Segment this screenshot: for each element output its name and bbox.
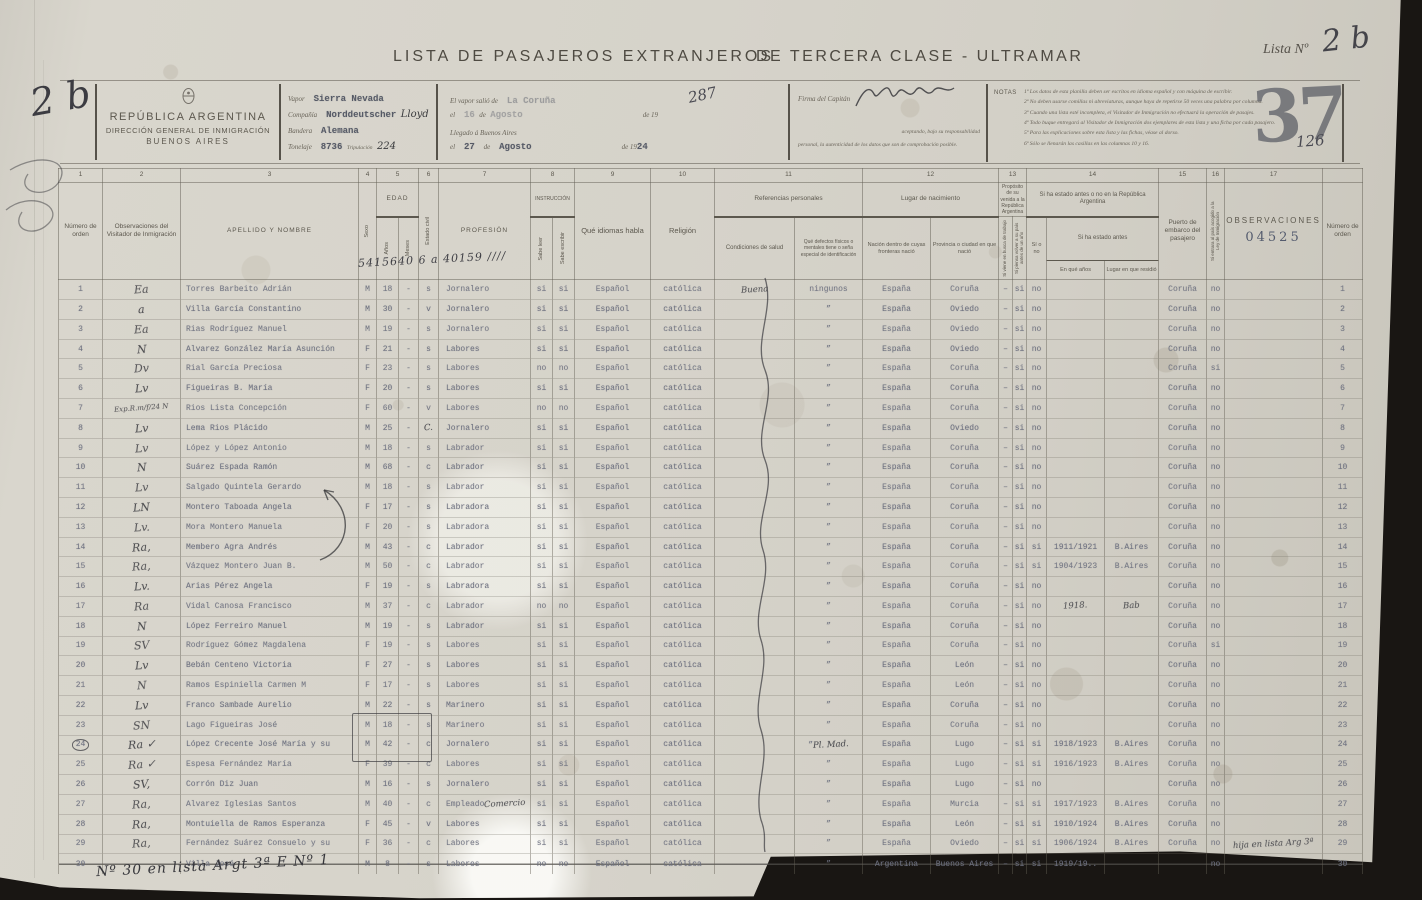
- cell-birth-province: Coruña: [931, 280, 999, 300]
- cell-religion: católica: [651, 854, 715, 874]
- cell-defects: ”: [795, 478, 863, 498]
- cell-entry-flag: no: [1207, 656, 1225, 676]
- cell-been-before: no: [1027, 775, 1047, 795]
- cell-embark-port: Coruña: [1159, 379, 1207, 399]
- cell-age-years: 25: [377, 418, 399, 438]
- cell-defects: ”: [795, 577, 863, 597]
- cell-writes: si: [553, 715, 575, 735]
- cell-purpose-a: –: [999, 854, 1013, 874]
- cell-place-resided: [1105, 577, 1159, 597]
- cell-purpose-b: si: [1013, 814, 1027, 834]
- col-num: 2: [103, 169, 181, 183]
- header-birth-province: Provincia o ciudad en que nació: [931, 217, 999, 280]
- cell-embark-port: Coruña: [1159, 280, 1207, 300]
- cell-purpose-a: –: [999, 517, 1013, 537]
- cell-defects: ”: [795, 359, 863, 379]
- cell-writes: si: [553, 636, 575, 656]
- col-num: 9: [575, 169, 651, 183]
- cell-order-number-right: 14: [1323, 537, 1363, 557]
- cell-writes: si: [553, 438, 575, 458]
- captain-box: Firma del Capitán aceptando, bajo su res…: [788, 84, 984, 160]
- cell-purpose-b: si: [1013, 379, 1027, 399]
- cell-observations: [1225, 636, 1323, 656]
- cell-embark-port: Coruña: [1159, 498, 1207, 518]
- cell-years-before: [1047, 418, 1105, 438]
- cell-marital-status: c: [419, 597, 439, 617]
- cell-marital-status: c: [419, 557, 439, 577]
- cell-been-before: si: [1027, 854, 1047, 874]
- cell-years-before: [1047, 300, 1105, 320]
- cell-age-months: -: [399, 854, 419, 874]
- cell-been-before: no: [1027, 379, 1047, 399]
- cell-reads: si: [531, 537, 553, 557]
- cell-birth-province: Coruña: [931, 537, 999, 557]
- cell-years-before: 1910/1924: [1047, 814, 1105, 834]
- cell-place-resided: Bab: [1105, 597, 1159, 617]
- cell-embark-port: Coruña: [1159, 755, 1207, 775]
- passenger-table: 1 2 3 4 5 6 7 8 9 10 11 12 13 14 15 16 1…: [58, 168, 1363, 874]
- cell-reads: si: [531, 695, 553, 715]
- observations-stamp: 04525: [1226, 230, 1321, 246]
- cell-profession: Labores: [439, 676, 531, 696]
- cell-been-before: si: [1027, 537, 1047, 557]
- cell-purpose-a: –: [999, 418, 1013, 438]
- cell-religion: católica: [651, 537, 715, 557]
- cell-religion: católica: [651, 339, 715, 359]
- cell-health-condition: [715, 557, 795, 577]
- cell-order-number-right: 15: [1323, 557, 1363, 577]
- cell-entry-flag: no: [1207, 854, 1225, 874]
- cell-marital-status: s: [419, 359, 439, 379]
- cell-purpose-a: –: [999, 280, 1013, 300]
- cell-profession: Labores: [439, 379, 531, 399]
- handwritten-note: N: [136, 619, 147, 633]
- cell-entry-flag: no: [1207, 695, 1225, 715]
- cell-purpose-b: si: [1013, 458, 1027, 478]
- header-order-number: Número de orden: [59, 183, 103, 280]
- cell-years-before: [1047, 280, 1105, 300]
- cell-age-years: 20: [377, 379, 399, 399]
- cell-defects: ”: [795, 379, 863, 399]
- cell-reads: si: [531, 478, 553, 498]
- cell-embark-port: Coruña: [1159, 438, 1207, 458]
- cell-order-number: 16: [59, 577, 103, 597]
- cell-birth-nation: España: [863, 319, 931, 339]
- cell-purpose-b: si: [1013, 577, 1027, 597]
- cell-place-resided: [1105, 319, 1159, 339]
- tripulacion-label: Tripulación: [347, 145, 373, 151]
- cell-health-condition: [715, 636, 795, 656]
- cell-order-number: 15: [59, 557, 103, 577]
- cell-language: Español: [575, 339, 651, 359]
- cell-language: Español: [575, 854, 651, 874]
- cell-order-number-right: 16: [1323, 577, 1363, 597]
- cell-entry-flag: no: [1207, 676, 1225, 696]
- header-languages: Qué idiomas habla: [575, 183, 651, 280]
- cell-religion: católica: [651, 715, 715, 735]
- cell-birth-nation: España: [863, 399, 931, 419]
- cell-purpose-a: –: [999, 359, 1013, 379]
- cell-sex: M: [359, 478, 377, 498]
- header-age-months: Meses: [399, 217, 419, 280]
- passenger-row: 6LvFigueiras B. MaríaF20-sLaboressisiEsp…: [59, 379, 1363, 399]
- cell-language: Español: [575, 636, 651, 656]
- cell-place-resided: [1105, 359, 1159, 379]
- cell-entry-flag: no: [1207, 735, 1225, 755]
- cell-passenger-name: Montero Taboada Angela: [181, 498, 359, 518]
- cell-age-years: 19: [377, 577, 399, 597]
- cell-years-before: 1918.: [1047, 597, 1105, 617]
- cell-order-number: 8: [59, 418, 103, 438]
- cell-embark-port: Coruña: [1159, 775, 1207, 795]
- cell-order-number-right: 1: [1323, 280, 1363, 300]
- cell-order-number-right: 8: [1323, 418, 1363, 438]
- cell-sex: M: [359, 280, 377, 300]
- cell-birth-province: Coruña: [931, 636, 999, 656]
- cell-purpose-a: –: [999, 735, 1013, 755]
- cell-purpose-b: si: [1013, 339, 1027, 359]
- cell-language: Español: [575, 695, 651, 715]
- cell-purpose-b: si: [1013, 399, 1027, 419]
- cell-health-condition: [715, 656, 795, 676]
- cell-birth-province: León: [931, 814, 999, 834]
- cell-place-resided: [1105, 854, 1159, 874]
- cell-birth-province: Oviedo: [931, 418, 999, 438]
- cell-observations: [1225, 597, 1323, 617]
- cell-years-before: [1047, 478, 1105, 498]
- cell-birth-nation: España: [863, 478, 931, 498]
- cell-sex: M: [359, 794, 377, 814]
- cell-order-number-right: 20: [1323, 656, 1363, 676]
- handwritten-note: hija en lista Arg 3ª: [1233, 837, 1314, 851]
- passenger-row: 11LvSalgado Quintela GerardoM18-sLabrado…: [59, 478, 1363, 498]
- header-order-number-right: Número de orden: [1323, 183, 1363, 280]
- cell-observations: [1225, 577, 1323, 597]
- vapor-label: Vapor: [288, 95, 305, 103]
- cell-marital-status: s: [419, 280, 439, 300]
- cell-marital-status: c: [419, 458, 439, 478]
- cell-religion: católica: [651, 814, 715, 834]
- cell-health-condition: [715, 517, 795, 537]
- cell-defects: ”: [795, 794, 863, 814]
- cell-order-number-right: 3: [1323, 319, 1363, 339]
- cell-health-condition: [715, 339, 795, 359]
- cell-place-resided: B.Aires: [1105, 557, 1159, 577]
- cell-profession: Labores: [439, 755, 531, 775]
- cell-religion: católica: [651, 577, 715, 597]
- cell-purpose-a: –: [999, 636, 1013, 656]
- cell-order-number-right: 22: [1323, 695, 1363, 715]
- cell-religion: católica: [651, 478, 715, 498]
- cell-writes: no: [553, 399, 575, 419]
- de19-label: de 19: [643, 111, 658, 119]
- cell-been-before: no: [1027, 418, 1047, 438]
- cell-age-years: 8: [377, 854, 399, 874]
- cell-passenger-name: Arias Pérez Angela: [181, 577, 359, 597]
- cell-order-number-right: 17: [1323, 597, 1363, 617]
- cell-age-months: -: [399, 498, 419, 518]
- cell-health-condition: [715, 715, 795, 735]
- cell-purpose-a: –: [999, 478, 1013, 498]
- cell-marital-status: s: [419, 854, 439, 874]
- cell-sex: M: [359, 300, 377, 320]
- cell-age-years: 19: [377, 636, 399, 656]
- cell-language: Español: [575, 656, 651, 676]
- cell-entry-flag: no: [1207, 280, 1225, 300]
- cell-order-number-right: 12: [1323, 498, 1363, 518]
- cell-visitor-observation: Lv.: [103, 577, 181, 597]
- cell-visitor-observation: Exp.R.m/f/24 N: [103, 399, 181, 419]
- cell-birth-nation: España: [863, 517, 931, 537]
- cell-age-years: 19: [377, 616, 399, 636]
- passenger-row: 15Ra,Vázquez Montero Juan B.M50-cLabrado…: [59, 557, 1363, 577]
- passenger-row: 24Ra ✓López Crecente José María y suM42-…: [59, 735, 1363, 755]
- tonelaje-value: 8736: [321, 142, 343, 152]
- cell-order-number: 4: [59, 339, 103, 359]
- cell-place-resided: [1105, 379, 1159, 399]
- cell-marital-status: s: [419, 517, 439, 537]
- cell-sex: M: [359, 418, 377, 438]
- passenger-row: 21NRamos Espiniella Carmen MF17-sLabores…: [59, 676, 1363, 696]
- handwritten-note: Lv: [134, 659, 148, 673]
- cell-entry-flag: no: [1207, 557, 1225, 577]
- cell-embark-port: Coruña: [1159, 319, 1207, 339]
- cell-years-before: [1047, 339, 1105, 359]
- cell-place-resided: [1105, 676, 1159, 696]
- cell-religion: católica: [651, 755, 715, 775]
- cell-purpose-a: –: [999, 557, 1013, 577]
- cell-visitor-observation: Ra,: [103, 537, 181, 557]
- cell-profession: Labrador: [439, 616, 531, 636]
- cell-birth-nation: España: [863, 280, 931, 300]
- handwritten-note: Ea: [134, 322, 149, 336]
- cell-embark-port: Coruña: [1159, 577, 1207, 597]
- header-yes-no: Sí o no: [1027, 217, 1047, 280]
- scanned-document: 2 b REPÚBLICA ARGENTINA DIRECCIÓN GENERA…: [0, 0, 1422, 900]
- cell-birth-province: Coruña: [931, 478, 999, 498]
- cell-entry-flag: no: [1207, 339, 1225, 359]
- cell-birth-nation: España: [863, 676, 931, 696]
- cell-embark-port: [1159, 854, 1207, 874]
- cell-years-before: [1047, 359, 1105, 379]
- cell-language: Español: [575, 517, 651, 537]
- cell-profession: Marinero: [439, 695, 531, 715]
- header-which-years: En qué años: [1047, 260, 1105, 280]
- handwritten-note: SN: [132, 718, 150, 732]
- cell-embark-port: Coruña: [1159, 597, 1207, 617]
- cell-order-number: 25: [59, 755, 103, 775]
- handwritten-note: C.: [424, 423, 433, 433]
- pencil-bracket-ages: [352, 713, 432, 762]
- cell-entry-flag: no: [1207, 616, 1225, 636]
- cell-religion: católica: [651, 458, 715, 478]
- cell-years-before: 1911/1921: [1047, 537, 1105, 557]
- cell-health-condition: [715, 834, 795, 854]
- cell-observations: [1225, 814, 1323, 834]
- llegada-month: Agosto: [499, 142, 531, 152]
- cell-age-years: 45: [377, 814, 399, 834]
- cell-order-number: 10: [59, 458, 103, 478]
- handwritten-note: Ra: [134, 599, 150, 613]
- cell-entry-flag: no: [1207, 537, 1225, 557]
- cell-profession: Empleado Comercio: [439, 794, 531, 814]
- tonelaje-label: Tonelaje: [288, 143, 312, 151]
- cell-passenger-name: Vázquez Montero Juan B.: [181, 557, 359, 577]
- cell-age-months: -: [399, 636, 419, 656]
- cell-profession: Labores: [439, 834, 531, 854]
- cell-purpose-a: –: [999, 458, 1013, 478]
- cell-birth-province: Coruña: [931, 399, 999, 419]
- cell-visitor-observation: Ra,: [103, 814, 181, 834]
- cell-order-number-right: 27: [1323, 794, 1363, 814]
- cell-passenger-name: López y López Antonio: [181, 438, 359, 458]
- cell-marital-status: C.: [419, 418, 439, 438]
- cell-been-before: no: [1027, 597, 1047, 617]
- cell-passenger-name: Membero Agra Andrés: [181, 537, 359, 557]
- cell-birth-nation: España: [863, 814, 931, 834]
- cell-years-before: 1917/1923: [1047, 794, 1105, 814]
- cell-religion: católica: [651, 656, 715, 676]
- ship-info-box: Vapor Sierra Nevada Compañía Norddeutsch…: [288, 84, 436, 164]
- cell-place-resided: [1105, 300, 1159, 320]
- cell-been-before: no: [1027, 319, 1047, 339]
- cell-birth-province: Coruña: [931, 359, 999, 379]
- cell-religion: católica: [651, 359, 715, 379]
- salio-day: 16: [464, 110, 475, 120]
- cell-marital-status: s: [419, 498, 439, 518]
- cell-profession: Jornalero: [439, 735, 531, 755]
- cell-embark-port: Coruña: [1159, 834, 1207, 854]
- cell-profession: Labrador: [439, 557, 531, 577]
- passenger-row: 12LNMontero Taboada AngelaF17-sLabradora…: [59, 498, 1363, 518]
- pencil-number: 126: [1295, 131, 1325, 151]
- cell-visitor-observation: Ra: [103, 597, 181, 617]
- cell-defects: ”: [795, 597, 863, 617]
- cell-birth-nation: España: [863, 359, 931, 379]
- cell-purpose-a: –: [999, 794, 1013, 814]
- cell-language: Español: [575, 814, 651, 834]
- cell-years-before: [1047, 458, 1105, 478]
- cell-purpose-a: –: [999, 300, 1013, 320]
- cell-entry-flag: no: [1207, 597, 1225, 617]
- cell-defects: ”: [795, 438, 863, 458]
- cell-sex: M: [359, 616, 377, 636]
- cell-passenger-name: Espesa Fernández María: [181, 755, 359, 775]
- vapor-value: Sierra Nevada: [314, 94, 384, 104]
- cell-reads: si: [531, 300, 553, 320]
- handwritten-note: SV,: [133, 777, 151, 791]
- header-place-resided: Lugar en que residió: [1105, 260, 1159, 280]
- cell-entry-flag: no: [1207, 379, 1225, 399]
- cell-embark-port: Coruña: [1159, 517, 1207, 537]
- header-entry-law: Si entrara al país acogido a la Ley de I…: [1207, 183, 1225, 280]
- cell-place-resided: [1105, 517, 1159, 537]
- cell-been-before: no: [1027, 399, 1047, 419]
- col-num: 8: [531, 169, 575, 183]
- cell-language: Español: [575, 319, 651, 339]
- cell-language: Español: [575, 458, 651, 478]
- cell-age-months: -: [399, 834, 419, 854]
- cell-defects: ningunos: [795, 280, 863, 300]
- cell-years-before: [1047, 577, 1105, 597]
- col-num: 7: [439, 169, 531, 183]
- cell-religion: católica: [651, 399, 715, 419]
- cell-health-condition: [715, 695, 795, 715]
- cell-place-resided: [1105, 656, 1159, 676]
- cell-profession: Labrador: [439, 458, 531, 478]
- cell-observations: [1225, 280, 1323, 300]
- de19-label-2: de 19: [622, 143, 637, 151]
- cell-marital-status: s: [419, 577, 439, 597]
- compania-handwritten: Lloyd: [401, 109, 429, 120]
- cell-embark-port: Coruña: [1159, 300, 1207, 320]
- cell-language: Español: [575, 300, 651, 320]
- cell-passenger-name: Fernández Suárez Consuelo y su: [181, 834, 359, 854]
- cell-order-number-right: 5: [1323, 359, 1363, 379]
- cell-birth-province: Coruña: [931, 438, 999, 458]
- cell-marital-status: s: [419, 319, 439, 339]
- cell-language: Español: [575, 577, 651, 597]
- cell-birth-province: León: [931, 656, 999, 676]
- cell-religion: católica: [651, 379, 715, 399]
- cell-profession: Labrador: [439, 537, 531, 557]
- cell-purpose-b: si: [1013, 280, 1027, 300]
- cell-health-condition: [715, 379, 795, 399]
- cell-birth-nation: España: [863, 418, 931, 438]
- cell-purpose-b: si: [1013, 498, 1027, 518]
- cell-order-number: 5: [59, 359, 103, 379]
- cell-observations: [1225, 755, 1323, 775]
- cell-been-before: no: [1027, 695, 1047, 715]
- col-num: 14: [1027, 169, 1159, 183]
- cell-observations: [1225, 695, 1323, 715]
- cell-passenger-name: López Crecente José María y su: [181, 735, 359, 755]
- cell-marital-status: s: [419, 656, 439, 676]
- cell-defects: ”: [795, 834, 863, 854]
- compania-value: Norddeutscher: [326, 110, 396, 120]
- cell-order-number: 18: [59, 616, 103, 636]
- cell-purpose-b: si: [1013, 854, 1027, 874]
- cell-language: Español: [575, 399, 651, 419]
- cell-years-before: [1047, 319, 1105, 339]
- cell-birth-nation: España: [863, 656, 931, 676]
- cell-observations: [1225, 478, 1323, 498]
- passenger-row: 23SNLago Figueiras JoséM18-sMarinerosisi…: [59, 715, 1363, 735]
- cell-been-before: si: [1027, 735, 1047, 755]
- cell-age-years: 18: [377, 280, 399, 300]
- cell-order-number: 23: [59, 715, 103, 735]
- cell-sex: F: [359, 636, 377, 656]
- col-num: 3: [181, 169, 359, 183]
- cell-place-resided: B.Aires: [1105, 755, 1159, 775]
- cell-defects: ”: [795, 656, 863, 676]
- cell-years-before: [1047, 676, 1105, 696]
- cell-purpose-a: –: [999, 319, 1013, 339]
- cell-place-resided: [1105, 715, 1159, 735]
- cell-observations: [1225, 735, 1323, 755]
- cell-reads: si: [531, 636, 553, 656]
- handwritten-note: Ra,: [132, 797, 151, 811]
- cell-sex: F: [359, 676, 377, 696]
- cell-birth-province: Coruña: [931, 557, 999, 577]
- cell-purpose-a: –: [999, 537, 1013, 557]
- cell-order-number-right: 24: [1323, 735, 1363, 755]
- cell-order-number: 21: [59, 676, 103, 696]
- cell-been-before: no: [1027, 636, 1047, 656]
- col-num: 5: [377, 169, 419, 183]
- cell-order-number-right: 2: [1323, 300, 1363, 320]
- passenger-row: 3EaRias Rodríguez ManuelM19-sJornalerosi…: [59, 319, 1363, 339]
